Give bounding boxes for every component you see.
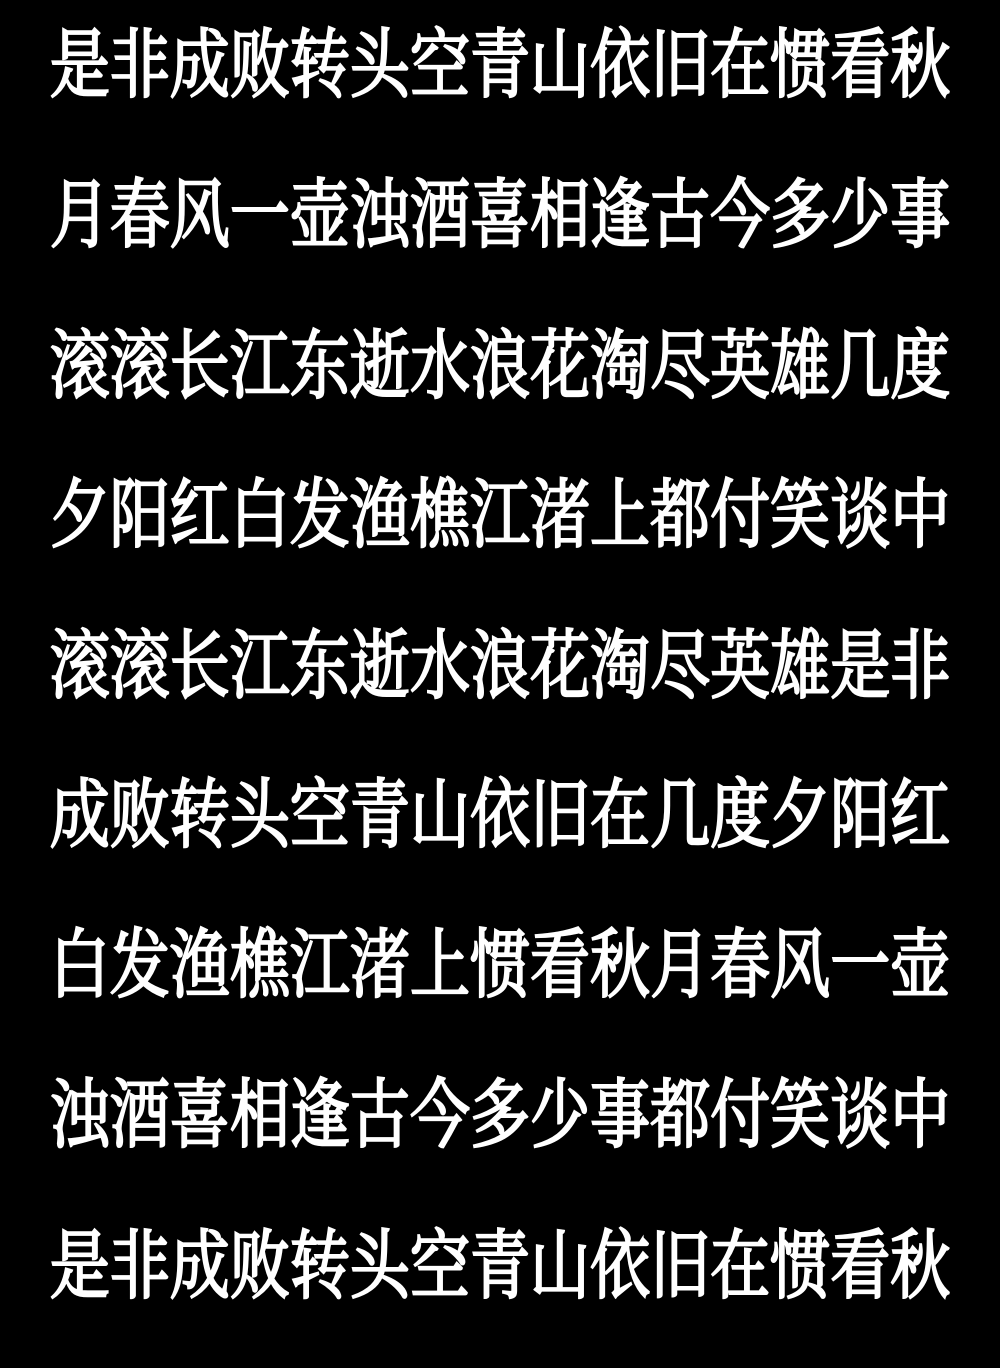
lyric-text: 白发渔樵江渚上惯看秋月春风一壶 [50,927,951,1003]
lyrics-poster: 是非成败转头空青山依旧在惯看秋 月春风一壶浊酒喜相逢古今多少事 滚滚长江东逝水浪… [0,0,1000,1368]
lyric-line-9: 是非成败转头空青山依旧在惯看秋 [0,1191,1000,1341]
lyric-line-8: 浊酒喜相逢古今多少事都付笑谈中 [0,1040,1000,1190]
lyric-text: 浊酒喜相逢古今多少事都付笑谈中 [50,1077,951,1153]
lyric-line-4: 夕阳红白发渔樵江渚上都付笑谈中 [0,440,1000,590]
lyric-text: 滚滚长江东逝水浪花淘尽英雄是非 [50,628,951,704]
lyric-text: 夕阳红白发渔樵江渚上都付笑谈中 [50,477,951,553]
lyric-text: 成败转头空青山依旧在几度夕阳红 [50,777,951,853]
lyric-line-5: 滚滚长江东逝水浪花淘尽英雄是非 [0,591,1000,741]
lyric-line-3: 滚滚长江东逝水浪花淘尽英雄几度 [0,291,1000,441]
lyric-line-2: 月春风一壶浊酒喜相逢古今多少事 [0,140,1000,290]
lyric-text: 是非成败转头空青山依旧在惯看秋 [50,27,951,103]
lyric-text: 是非成败转头空青山依旧在惯看秋 [50,1228,951,1304]
lyric-line-7: 白发渔樵江渚上惯看秋月春风一壶 [0,890,1000,1040]
lyric-text: 月春风一壶浊酒喜相逢古今多少事 [50,177,951,253]
lyric-line-6: 成败转头空青山依旧在几度夕阳红 [0,740,1000,890]
lyric-line-1: 是非成败转头空青山依旧在惯看秋 [0,0,1000,140]
lyric-text: 滚滚长江东逝水浪花淘尽英雄几度 [50,328,951,404]
